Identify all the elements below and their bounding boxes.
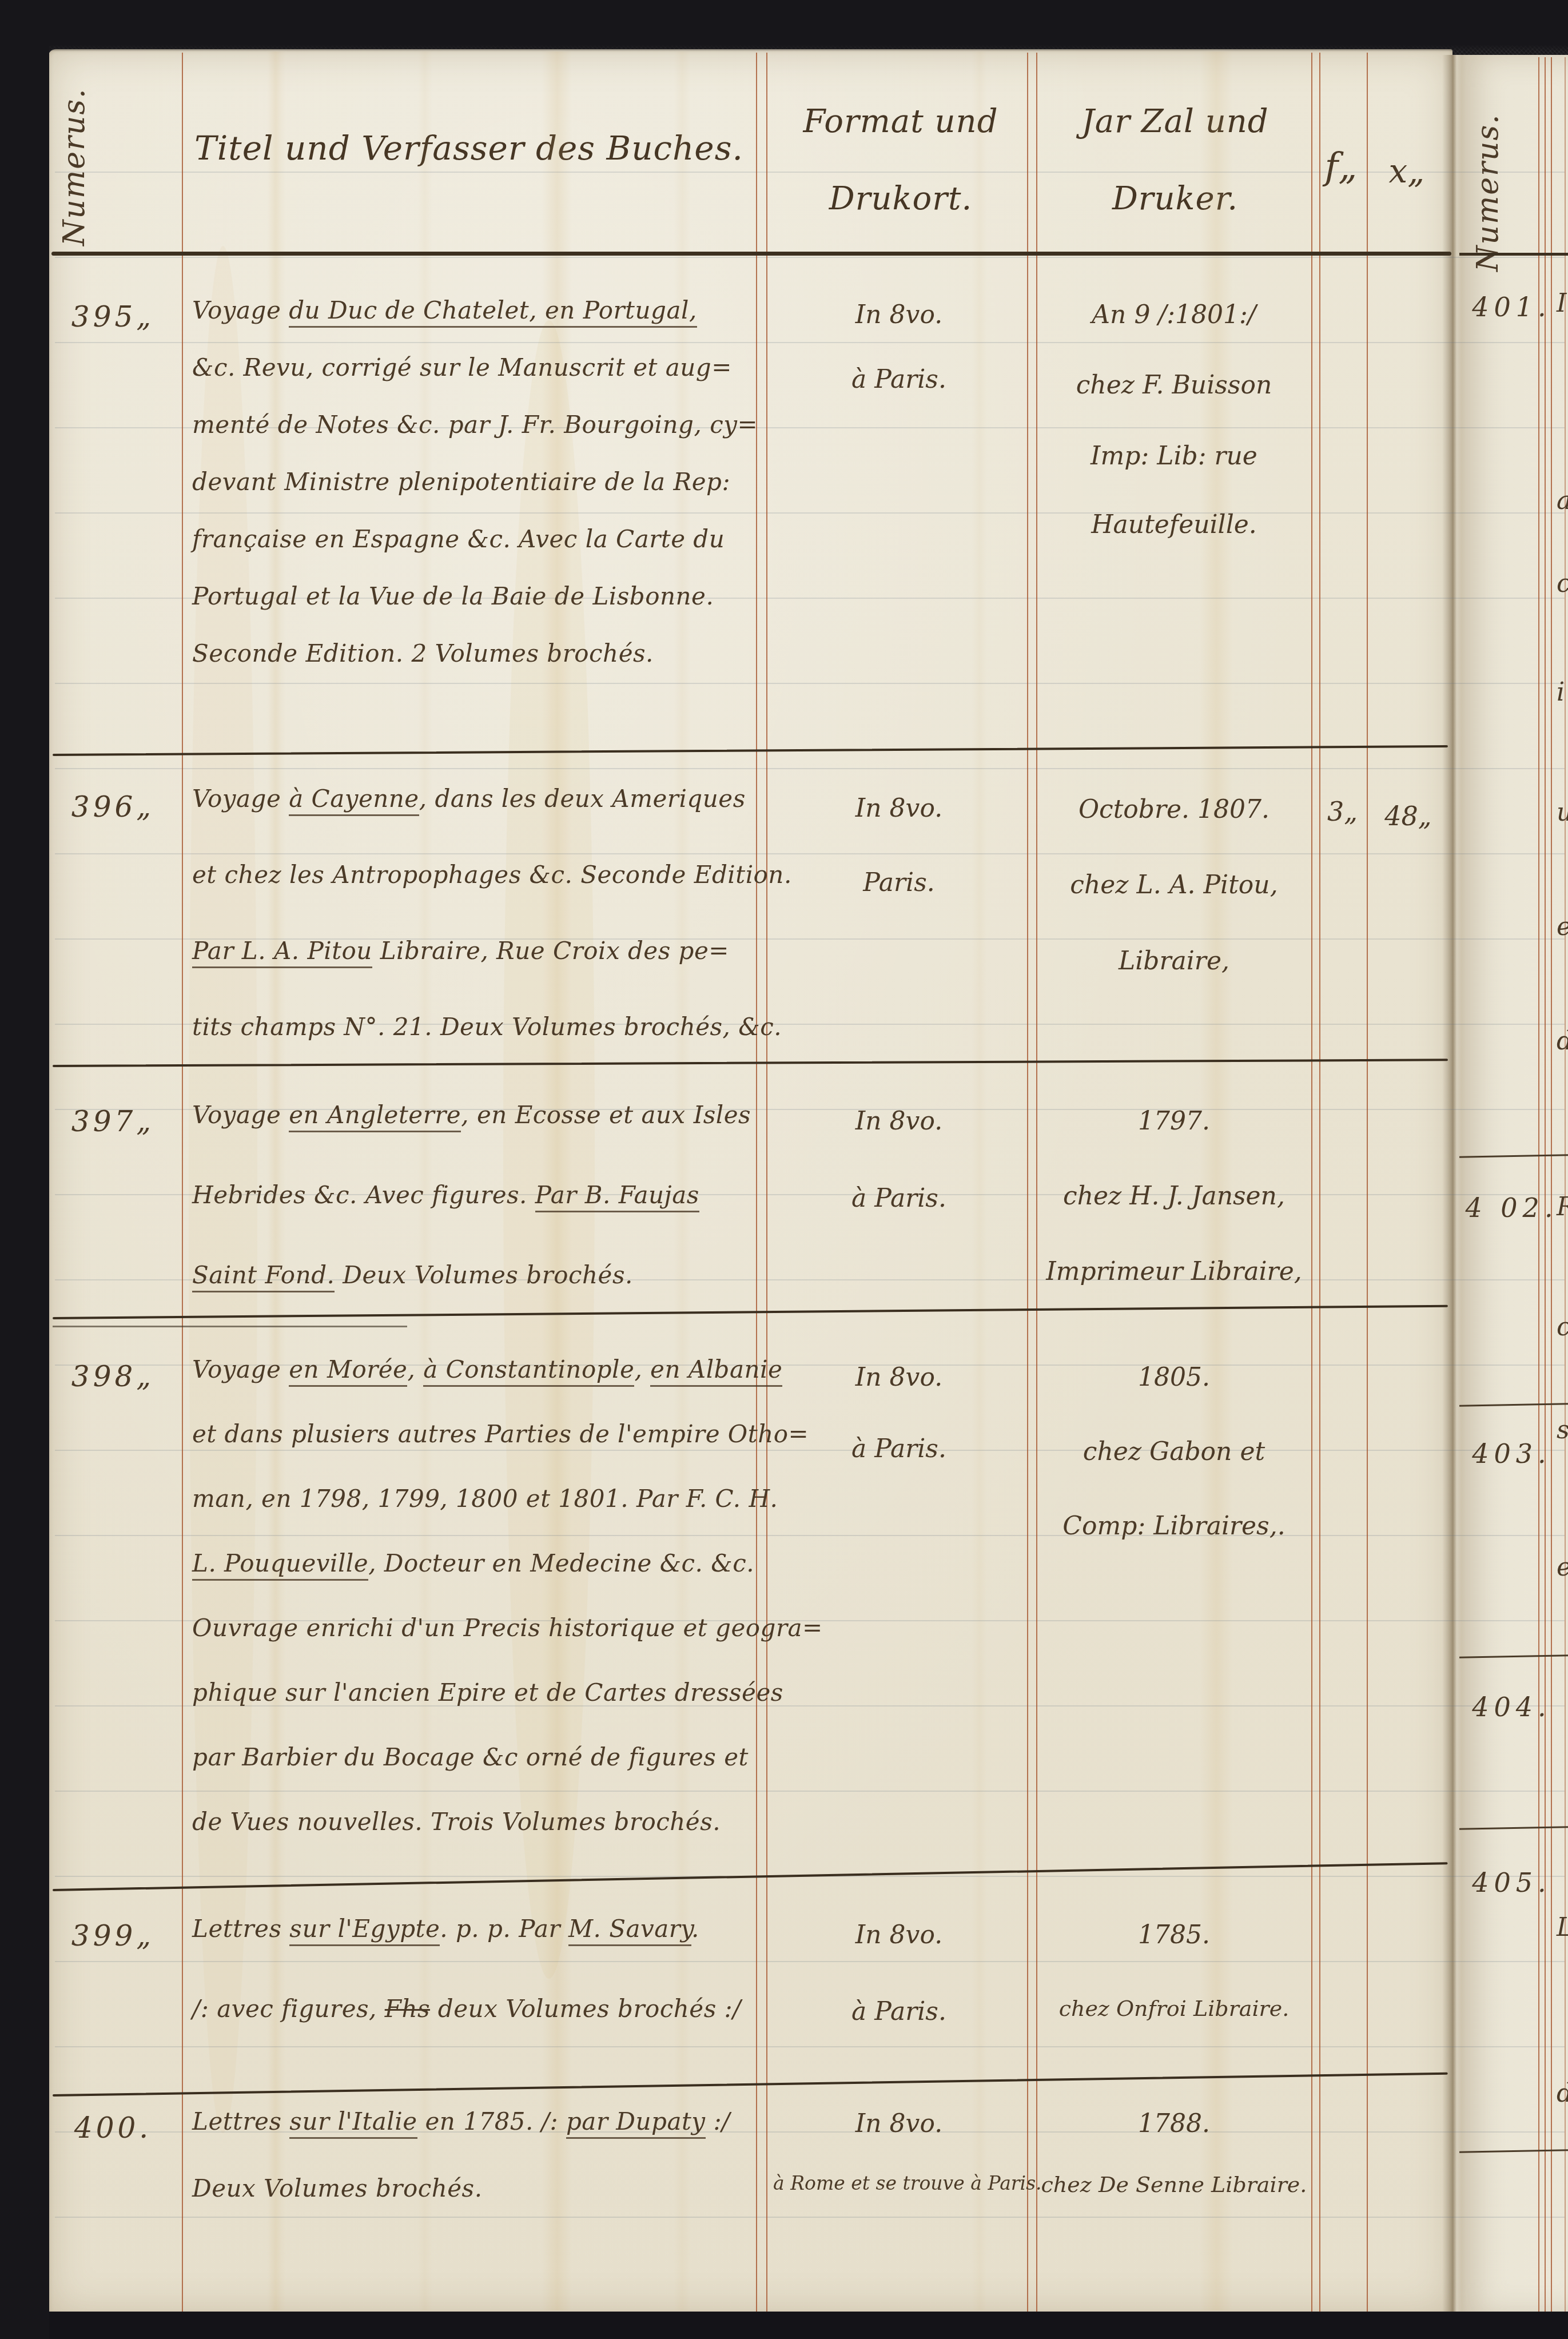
underlined-text: Saint Fond. — [192, 1261, 335, 1292]
entry-title-line: L. Pouqueville, Docteur en Medecine &c. … — [192, 1549, 758, 1577]
entry-year-printer-line: 1805. — [1040, 1363, 1308, 1392]
underlined-text: Par B. Faujas — [535, 1181, 699, 1212]
entry-title-line: française en Espagne &c. Avec la Carte d… — [192, 525, 758, 553]
entry-format-line: In 8vo. — [773, 794, 1025, 823]
entry-title-line: Ouvrage enrichi d'un Precis historique e… — [192, 1614, 758, 1642]
entry-title-line: man, en 1798, 1799, 1800 et 1801. Par F.… — [192, 1485, 758, 1513]
entry-year-printer-line: chez H. J. Jansen, — [1040, 1182, 1308, 1211]
right-page-entry-number: 404. — [1462, 1692, 1562, 1723]
plain-text: Ouvrage enrichi d'un Precis historique e… — [192, 1614, 823, 1642]
entry-number: 398„ — [46, 1360, 180, 1393]
entry-number: 399„ — [46, 1919, 180, 1952]
entry-price-kreuzer: 48„ — [1372, 801, 1444, 832]
plain-text: de Vues nouvelles. Trois Volumes brochés… — [192, 1808, 721, 1836]
plain-text: Voyage — [192, 296, 289, 324]
entry-number: 397„ — [46, 1105, 180, 1138]
plain-text: phique sur l'ancien Epire et de Cartes d… — [192, 1678, 783, 1706]
entry-title-line: par Barbier du Bocage &c orné de figures… — [192, 1743, 758, 1771]
plain-text: Hebrides &c. Avec figures. — [192, 1181, 535, 1209]
plain-text: Deux Volumes brochés. — [192, 2174, 483, 2202]
entry-number: 396„ — [46, 790, 180, 824]
cut-text-fragment: d — [1557, 2079, 1568, 2108]
plain-text: man, en 1798, 1799, 1800 et 1801. Par F.… — [192, 1485, 778, 1513]
cut-text-fragment: s — [1557, 1415, 1568, 1445]
cut-text-fragment: e — [1557, 1553, 1568, 1582]
plain-text: française en Espagne &c. Avec la Carte d… — [192, 525, 725, 553]
column-header-title: Titel und Verfasser des Buches. — [189, 129, 749, 168]
underlined-text: du Duc de Chatelet, en Portugal, — [289, 296, 697, 328]
right-page-entry-number: 401. — [1462, 292, 1562, 323]
entry-price-florin: 3„ — [1318, 796, 1367, 827]
cut-text-fragment: c — [1557, 1312, 1568, 1342]
underlined-text: Par L. A. Pitou — [192, 937, 372, 968]
cut-text-fragment: L — [1557, 1913, 1568, 1942]
cut-text-fragment: e — [1557, 912, 1568, 941]
entry-year-printer-line: Imprimeur Libraire, — [1040, 1257, 1308, 1286]
column-header-numerus-left: Numerus. — [57, 87, 91, 246]
entry-title-line: menté de Notes &c. par J. Fr. Bourgoing,… — [192, 411, 758, 439]
entry-format-line: In 8vo. — [773, 1363, 1025, 1392]
column-header-numerus-right: Numerus. — [1471, 113, 1505, 272]
plain-text: , — [407, 1355, 423, 1383]
entry-format-line: Paris. — [773, 868, 1025, 897]
entry-title-line: de Vues nouvelles. Trois Volumes brochés… — [192, 1808, 758, 1836]
column-header-year-1: Jar Zal und — [1046, 103, 1304, 140]
entry-title-line: Voyage à Cayenne, dans les deux Amerique… — [192, 785, 758, 813]
entry-title-line: Par L. A. Pitou Libraire, Rue Croix des … — [192, 937, 758, 965]
entry-year-printer-line: An 9 /:1801:/ — [1040, 300, 1308, 329]
right-page-entry-number: 4 02. — [1462, 1192, 1562, 1223]
plain-text: Lettres — [192, 1915, 289, 1943]
cut-text-fragment: c — [1557, 569, 1568, 598]
plain-text: &c. Revu, corrigé sur le Manuscrit et au… — [192, 353, 732, 381]
entry-title-line: Saint Fond. Deux Volumes brochés. — [192, 1261, 758, 1289]
entry-year-printer-line: 1797. — [1040, 1107, 1308, 1136]
column-header-year-2: Druker. — [1046, 180, 1304, 217]
cut-text-fragment: a — [1557, 486, 1568, 515]
entry-format-line: à Paris. — [773, 1434, 1025, 1463]
plain-text: , — [634, 1355, 650, 1383]
plain-text: Lettres — [192, 2107, 289, 2135]
column-header-price-x: x„ — [1372, 152, 1441, 190]
struck-text: Fhs — [385, 1995, 430, 2023]
plain-text: Deux Volumes brochés. — [335, 1261, 632, 1289]
underlined-text: à Constantinople — [423, 1355, 634, 1387]
cut-text-fragment: u — [1557, 798, 1568, 827]
underlined-text: sur l'Egypte — [289, 1915, 440, 1946]
right-page-entry-number: 405. — [1462, 1867, 1562, 1898]
plain-text: Voyage — [192, 785, 289, 813]
entry-title-line: Voyage en Angleterre, en Ecosse et aux I… — [192, 1101, 758, 1129]
plain-text: Voyage — [192, 1101, 289, 1129]
entry-format-line: In 8vo. — [773, 300, 1025, 329]
entry-title-line: devant Ministre plenipotentiaire de la R… — [192, 468, 758, 496]
ledger-page-right-edge — [1452, 55, 1568, 2315]
right-page-entry-number: 403. — [1462, 1438, 1562, 1469]
cut-text-fragment: d — [1557, 1027, 1568, 1056]
entry-title-line: tits champs N°. 21. Deux Volumes brochés… — [192, 1013, 758, 1041]
plain-text: :/ — [706, 2107, 730, 2135]
entry-format-line: à Paris. — [773, 1997, 1025, 2026]
entry-year-printer-line: chez Onfroi Libraire. — [1040, 1996, 1308, 2021]
plain-text: , dans les deux Ameriques — [419, 785, 746, 813]
entry-format-line: In 8vo. — [773, 2109, 1025, 2138]
entry-title-line: Seconde Edition. 2 Volumes brochés. — [192, 639, 758, 667]
entry-title-line: Deux Volumes brochés. — [192, 2174, 758, 2202]
entry-format-line: à Rome et se trouve à Paris. — [773, 2172, 1025, 2194]
plain-text: . p. p. Par — [440, 1915, 568, 1943]
underlined-text: sur l'Italie — [289, 2107, 417, 2139]
entry-year-printer-line: chez L. A. Pitou, — [1040, 870, 1308, 900]
plain-text: tits champs N°. 21. Deux Volumes brochés… — [192, 1013, 782, 1041]
column-header-format-2: Drukort. — [778, 180, 1024, 217]
plain-text: , en Ecosse et aux Isles — [461, 1101, 751, 1129]
entry-number: 395„ — [46, 300, 180, 333]
plain-text: deux Volumes brochés :/ — [430, 1995, 741, 2023]
entry-year-printer-line: Imp: Lib: rue — [1040, 441, 1308, 471]
entry-title-line: Portugal et la Vue de la Baie de Lisbonn… — [192, 582, 758, 610]
plain-text: , Docteur en Medecine &c. &c. — [368, 1549, 754, 1577]
entry-year-printer-line: Comp: Libraires,. — [1040, 1511, 1308, 1541]
underlined-text: en Angleterre — [289, 1101, 461, 1132]
entry-title-line: Voyage du Duc de Chatelet, en Portugal, — [192, 296, 758, 324]
entry-year-printer-line: chez De Senne Libraire. — [1040, 2172, 1308, 2197]
entry-year-printer-line: chez Gabon et — [1040, 1437, 1308, 1466]
entry-year-printer-line: 1785. — [1040, 1920, 1308, 1950]
underlined-text: en Morée — [289, 1355, 407, 1387]
cut-text-fragment: R — [1557, 1192, 1568, 1222]
plain-text: en 1785. /: — [417, 2107, 566, 2135]
entry-title-line: Lettres sur l'Italie en 1785. /: par Dup… — [192, 2107, 758, 2135]
entry-year-printer-line: Libraire, — [1040, 946, 1308, 976]
entry-year-printer-line: Hautefeuille. — [1040, 510, 1308, 539]
column-header-price-f: f„ — [1315, 146, 1367, 188]
plain-text: et chez les Antropophages &c. Seconde Ed… — [192, 861, 792, 889]
entry-format-line: In 8vo. — [773, 1107, 1025, 1136]
plain-text: /: avec figures, — [192, 1995, 385, 2023]
entry-title-line: &c. Revu, corrigé sur le Manuscrit et au… — [192, 353, 758, 381]
entry-year-printer-line: Octobre. 1807. — [1040, 795, 1308, 824]
entry-title-line: Lettres sur l'Egypte. p. p. Par M. Savar… — [192, 1915, 758, 1943]
plain-text: . — [691, 1915, 699, 1943]
entry-title-line: phique sur l'ancien Epire et de Cartes d… — [192, 1678, 758, 1706]
entry-format-line: In 8vo. — [773, 1920, 1025, 1950]
entry-title-line: et dans plusiers autres Parties de l'emp… — [192, 1420, 758, 1448]
plain-text: par Barbier du Bocage &c orné de figures… — [192, 1743, 749, 1771]
entry-title-line: /: avec figures, Fhs deux Volumes broché… — [192, 1995, 758, 2023]
cut-text-fragment: i — [1557, 678, 1565, 707]
column-header-format-1: Format und — [778, 103, 1024, 140]
plain-text: menté de Notes &c. par J. Fr. Bourgoing,… — [192, 411, 758, 439]
underlined-text: à Cayenne — [289, 785, 419, 816]
underlined-text: M. Savary — [568, 1915, 691, 1946]
entry-format-line: à Paris. — [773, 1184, 1025, 1213]
plain-text: Portugal et la Vue de la Baie de Lisbonn… — [192, 582, 714, 610]
entry-year-printer-line: 1788. — [1040, 2109, 1308, 2138]
entry-title-line: et chez les Antropophages &c. Seconde Ed… — [192, 861, 758, 889]
plain-text: Voyage — [192, 1355, 289, 1383]
entry-format-line: à Paris. — [773, 365, 1025, 394]
plain-text: Seconde Edition. 2 Volumes brochés. — [192, 639, 654, 667]
entry-title-line: Voyage en Morée, à Constantinople, en Al… — [192, 1355, 758, 1383]
plain-text: Libraire, Rue Croix des pe= — [372, 937, 729, 965]
plain-text: devant Ministre plenipotentiaire de la R… — [192, 468, 730, 496]
entry-number: 400. — [46, 2111, 180, 2145]
entry-title-line: Hebrides &c. Avec figures. Par B. Faujas — [192, 1181, 758, 1209]
underlined-text: par Dupaty — [566, 2107, 706, 2139]
cut-text-fragment: I — [1557, 289, 1566, 318]
plain-text: et dans plusiers autres Parties de l'emp… — [192, 1420, 809, 1448]
underlined-text: en Albanie — [650, 1355, 782, 1387]
underlined-text: L. Pouqueville — [192, 1549, 368, 1581]
entry-year-printer-line: chez F. Buisson — [1040, 371, 1308, 400]
